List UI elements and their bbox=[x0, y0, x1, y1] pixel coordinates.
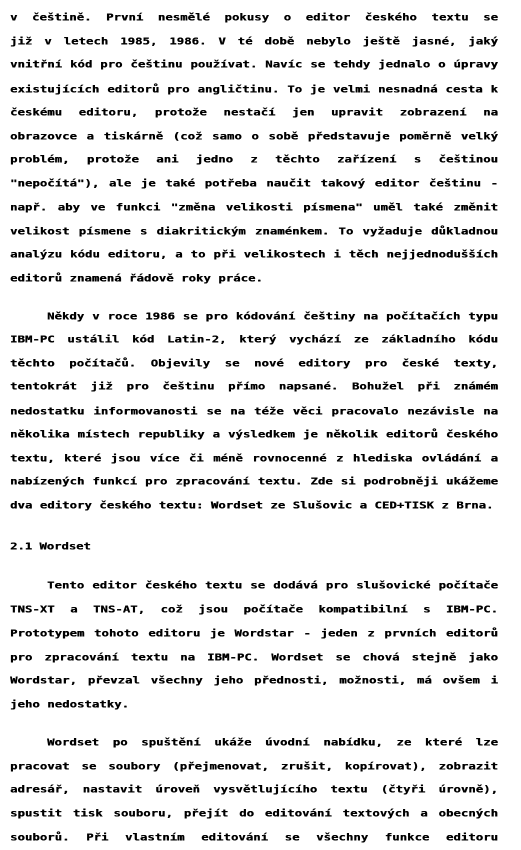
text-line: TNS-XT a TNS-AT, což jsou počítače kompa… bbox=[10, 603, 498, 616]
text-line: problém, protože ani jedno z těchto zaří… bbox=[10, 153, 498, 166]
text-line: pracovat se soubory (přejmenovat, zrušit… bbox=[10, 759, 498, 772]
text-line: v češtině. První nesmělé pokusy o editor… bbox=[10, 10, 498, 23]
text-line: IBM-PC ustálil kód Latin-2, který vycház… bbox=[10, 332, 498, 345]
text-line: např. aby ve funkci "změna velikosti pís… bbox=[10, 200, 498, 213]
scanned-document-page: v češtině. První nesmělé pokusy o editor… bbox=[0, 0, 521, 850]
text-line: "nepočítá"), ale je také potřeba naučit … bbox=[10, 177, 498, 190]
text-line: analýzu kódu editoru, a to při velikoste… bbox=[10, 247, 498, 260]
text-line: nabízených funkcí pro zpracování textu. … bbox=[10, 475, 498, 488]
text-line: editorů znamená řádově roky práce. bbox=[10, 272, 498, 285]
text-line: souborů. Při vlastním editování se všech… bbox=[10, 830, 498, 843]
text-line: Někdy v roce 1986 se pro kódování češtin… bbox=[47, 309, 498, 322]
text-line: Prototypem tohoto editoru je Wordstar - … bbox=[10, 626, 498, 639]
text-line: Wordstar, převzal všechny jeho přednosti… bbox=[10, 673, 498, 686]
text-line: Tento editor českého textu se dodává pro… bbox=[47, 579, 498, 592]
section-heading: 2.1 Wordset bbox=[10, 539, 91, 552]
text-line: již v letech 1985, 1986. V té době nebyl… bbox=[10, 35, 498, 48]
text-line: dva editory českého textu: Wordset ze Sl… bbox=[10, 499, 498, 512]
text-line: tentokrát již pro češtinu přímo napsané.… bbox=[10, 380, 498, 393]
text-line: pro zpracování textu na IBM-PC. Wordset … bbox=[10, 650, 498, 663]
text-line: vnitřní kód pro češtinu používat. Navíc … bbox=[10, 58, 498, 71]
text-line: textu, které jsou více či méně rovnocenn… bbox=[10, 451, 498, 464]
text-line: velikost písmene s diakritickým znaménke… bbox=[10, 224, 498, 237]
text-line: spustit tisk souboru, přejít do editován… bbox=[10, 807, 498, 820]
text-line: Wordset po spuštění ukáže úvodní nabídku… bbox=[47, 735, 498, 748]
text-line: obrazovce a tiskárně (což samo o sobě př… bbox=[10, 129, 498, 142]
text-line: adresář, nastavit úroveň vysvětlujícího … bbox=[10, 783, 498, 796]
text-line: těchto počítačů. Objevily se nové editor… bbox=[10, 357, 498, 370]
text-line: jeho nedostatky. bbox=[10, 698, 498, 711]
text-line: nedostatku informovanosti se na téže věc… bbox=[10, 404, 498, 417]
text-line: několika místech republiky a výsledkem j… bbox=[10, 427, 498, 440]
text-line: existujících editorů pro angličtinu. To … bbox=[10, 82, 498, 95]
text-line: českému editoru, protože nestačí jen upr… bbox=[10, 105, 498, 118]
